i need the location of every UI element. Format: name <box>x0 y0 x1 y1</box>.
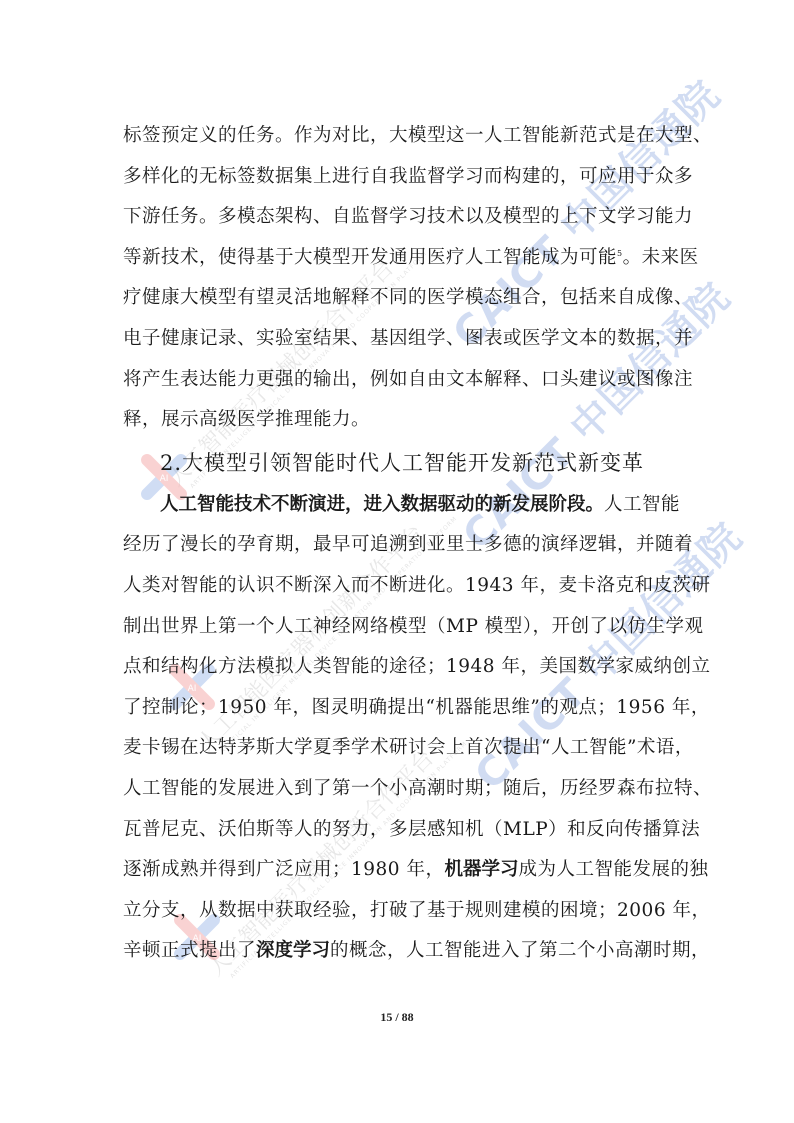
text-line: 将产生表达能力更强的输出，例如自由文本解释、口头建议或图像注 <box>123 360 680 401</box>
text-line: 疗健康大模型有望灵活地解释不同的医学模态组合，包括来自成像、 <box>123 278 680 319</box>
paragraph-foundation-models: 标签预定义的任务。作为对比，大模型这一人工智能新范式是在大型、 多样化的无标签数… <box>123 116 680 441</box>
text-line: 点和结构化方法模拟人类智能的途径；1948 年，美国数学家威纳创立 <box>123 647 680 688</box>
lead-sentence-bold: 人工智能技术不断演进，进入数据驱动的新发展阶段。 <box>160 494 604 515</box>
text-line: 人工智能技术不断演进，进入数据驱动的新发展阶段。人工智能 <box>123 485 680 526</box>
text-line: 制出世界上第一个人工神经网络模型（MP 模型），开创了以仿生学观 <box>123 607 680 648</box>
text-segment: 等新技术，使得基于大模型开发通用医疗人工智能成为可能 <box>123 247 617 268</box>
text-segment: 人工智能 <box>604 494 680 515</box>
text-segment: 成为人工智能发展的独 <box>518 859 708 880</box>
text-segment: 逐渐成熟并得到广泛应用；1980 年， <box>123 859 444 880</box>
text-segment: 辛顿正式提出了 <box>123 940 256 961</box>
text-line: 等新技术，使得基于大模型开发通用医疗人工智能成为可能5。未来医 <box>123 238 680 279</box>
text-line: 人类对智能的认识不断深入而不断进化。1943 年，麦卡洛克和皮茨研 <box>123 566 680 607</box>
text-line: 辛顿正式提出了深度学习的概念，人工智能进入了第二个小高潮时期， <box>123 931 680 972</box>
text-segment: 。未来医 <box>623 247 699 268</box>
document-body: 标签预定义的任务。作为对比，大模型这一人工智能新范式是在大型、 多样化的无标签数… <box>123 116 680 972</box>
text-line: 瓦普尼克、沃伯斯等人的努力，多层感知机（MLP）和反向传播算法 <box>123 810 680 851</box>
paragraph-ai-evolution: 人工智能技术不断演进，进入数据驱动的新发展阶段。人工智能 经历了漫长的孕育期，最… <box>123 485 680 972</box>
term-deep-learning: 深度学习 <box>256 940 330 961</box>
term-machine-learning: 机器学习 <box>444 859 518 880</box>
page-number: 15 / 88 <box>0 1010 794 1025</box>
text-line: 电子健康记录、实验室结果、基因组学、图表或医学文本的数据，并 <box>123 319 680 360</box>
text-line: 经历了漫长的孕育期，最早可追溯到亚里士多德的演绎逻辑，并随着 <box>123 525 680 566</box>
text-segment: 的概念，人工智能进入了第二个小高潮时期， <box>330 940 710 961</box>
text-line: 了控制论；1950 年，图灵明确提出“机器能思维”的观点；1956 年， <box>123 688 680 729</box>
text-line: 人工智能的发展进入到了第一个小高潮时期；随后，历经罗森布拉特、 <box>123 769 680 810</box>
text-line: 标签预定义的任务。作为对比，大模型这一人工智能新范式是在大型、 <box>123 116 680 157</box>
text-line: 立分支，从数据中获取经验，打破了基于规则建模的困境；2006 年， <box>123 891 680 932</box>
section-heading: 2.大模型引领智能时代人工智能开发新范式新变革 <box>123 441 680 485</box>
document-page: CAICT 中国信通院 CAICT 中国信通院 CAICT 中国信通院 人工智能… <box>0 0 794 1123</box>
text-line: 释，展示高级医学推理能力。 <box>123 400 680 441</box>
text-line: 多样化的无标签数据集上进行自我监督学习而构建的，可应用于众多 <box>123 157 680 198</box>
text-line: 下游任务。多模态架构、自监督学习技术以及模型的上下文学习能力 <box>123 197 680 238</box>
text-line: 逐渐成熟并得到广泛应用；1980 年，机器学习成为人工智能发展的独 <box>123 850 680 891</box>
text-line: 麦卡锡在达特茅斯大学夏季学术研讨会上首次提出“人工智能”术语， <box>123 728 680 769</box>
